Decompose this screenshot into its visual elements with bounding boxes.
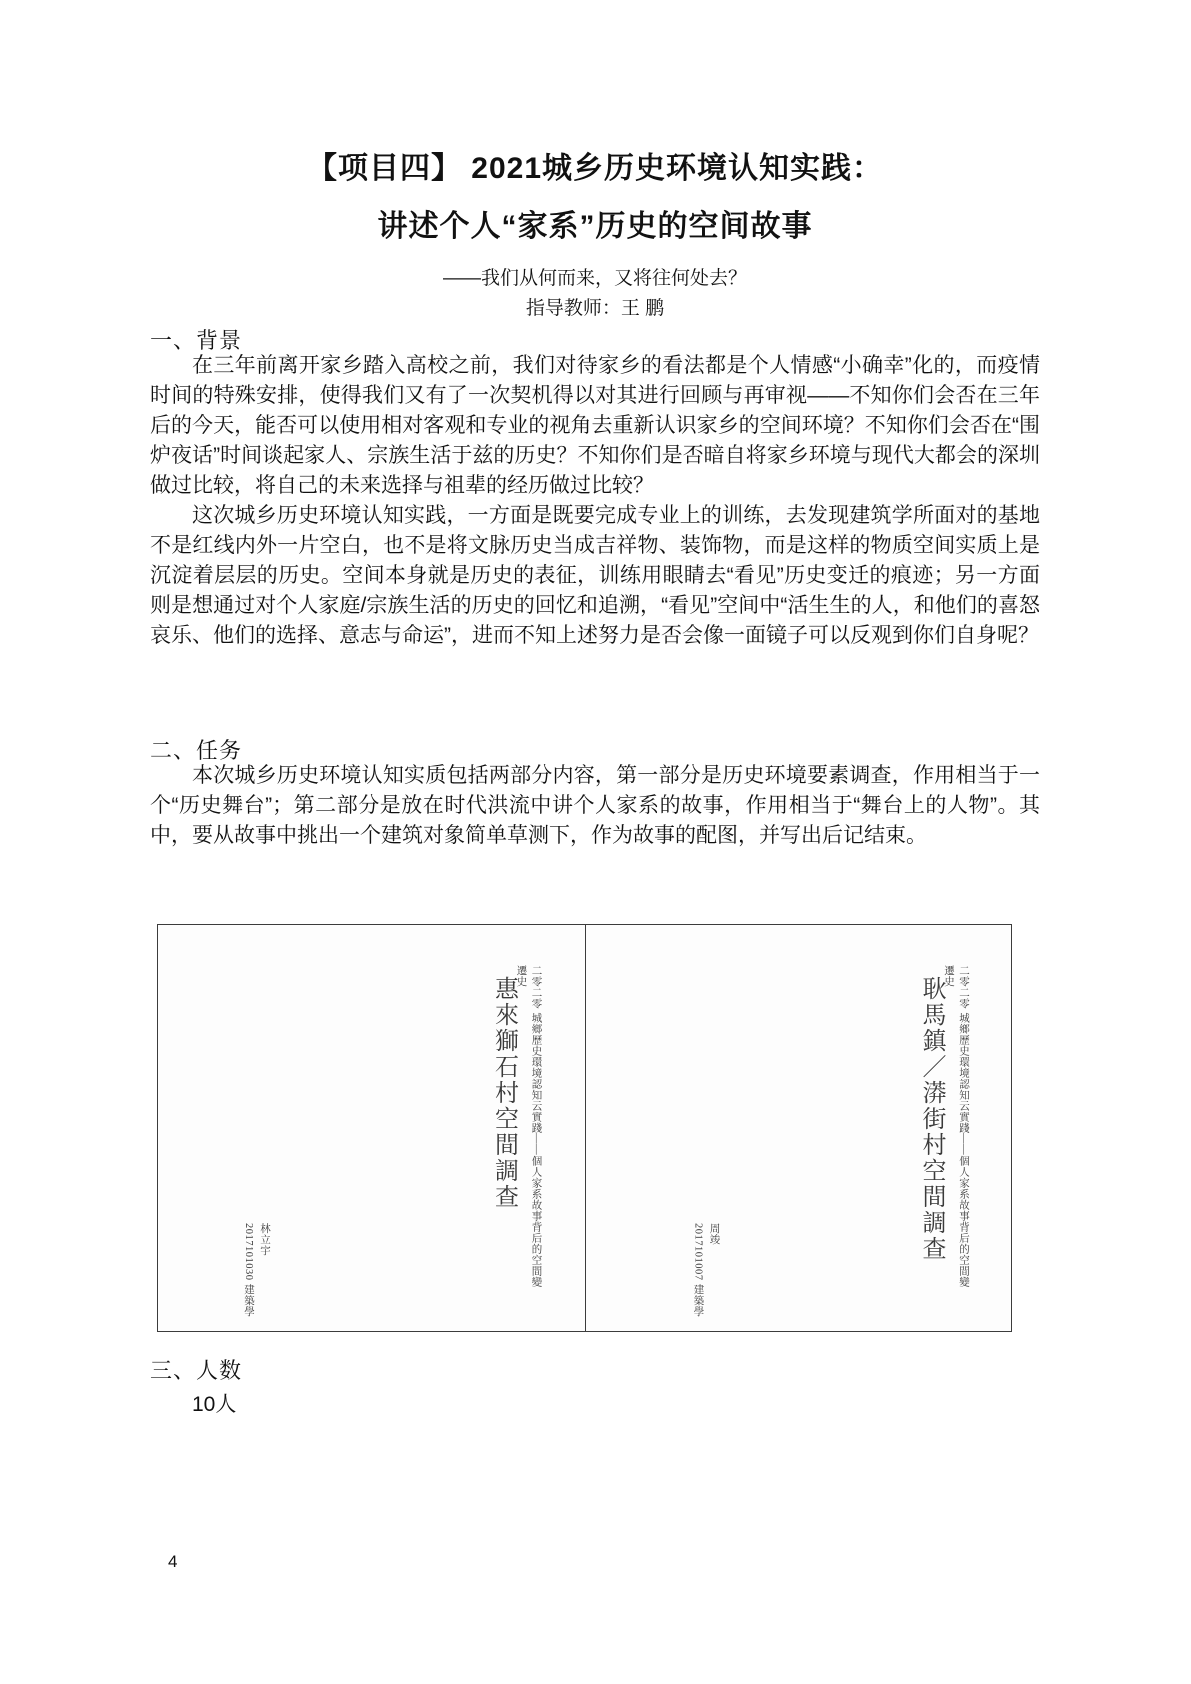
cover-right-title: 耿馬鎮／漭街村空間調查 (914, 976, 948, 1306)
page-number: 4 (168, 1552, 177, 1572)
instructor-line: 指导教师：王 鹏 (150, 294, 1040, 324)
paragraph: 在三年前离开家乡踏入高校之前，我们对待家乡的看法都是个人情感“小确幸”化的，而疫… (150, 351, 1040, 501)
cover-left-student-info: 2017101030 建築學 (242, 1223, 255, 1318)
cover-right-author-name: 周竣 (708, 1223, 721, 1318)
covers-figure: 二零二零 城鄉歷史環境認知云實踐——個人家系故事背后的空間變遷史 惠來獅石村空間… (157, 924, 1012, 1332)
section-background-body: 在三年前离开家乡踏入高校之前，我们对待家乡的看法都是个人情感“小确幸”化的，而疫… (150, 351, 1040, 651)
section-heading-headcount: 三、人数 (150, 1356, 1040, 1386)
page-title-line2: 讲述个人“家系”历史的空间故事 (150, 198, 1040, 256)
section-task-body: 本次城乡历史环境认知实质包括两部分内容，第一部分是历史环境要素调查，作用相当于一… (150, 761, 1040, 851)
paragraph: 这次城乡历史环境认知实践，一方面是既要完成专业上的训练，去发现建筑学所面对的基地… (150, 501, 1040, 651)
cover-right-student-info: 2017101007 建築學 (692, 1223, 705, 1318)
cover-left: 二零二零 城鄉歷史環境認知云實踐——個人家系故事背后的空間變遷史 惠來獅石村空間… (158, 925, 585, 1331)
paragraph: 本次城乡历史环境认知实质包括两部分内容，第一部分是历史环境要素调查，作用相当于一… (150, 761, 1040, 851)
paragraph: 10人 (150, 1390, 1040, 1420)
page-subtitle: ——我们从何而来，又将往何处去？ (150, 264, 1040, 294)
document-page: 【项目四】 2021城乡历史环境认知实践： 讲述个人“家系”历史的空间故事 ——… (0, 0, 1191, 1684)
cover-author: 林立宇 2017101030 建築學 (242, 1223, 271, 1318)
page-title-line1: 【项目四】 2021城乡历史环境认知实践： (150, 140, 1040, 198)
section-headcount-body: 10人 (150, 1390, 1040, 1420)
cover-left-author-name: 林立宇 (258, 1223, 271, 1318)
page-title: 【项目四】 2021城乡历史环境认知实践： 讲述个人“家系”历史的空间故事 (150, 140, 1040, 256)
cover-right: 二零二零 城鄉歷史環境認知云實踐——個人家系故事背后的空間變遷史 耿馬鎮／漭街村… (585, 925, 1013, 1331)
cover-author: 周竣 2017101007 建築學 (692, 1223, 721, 1318)
cover-left-title: 惠來獅石村空間調查 (487, 976, 521, 1306)
